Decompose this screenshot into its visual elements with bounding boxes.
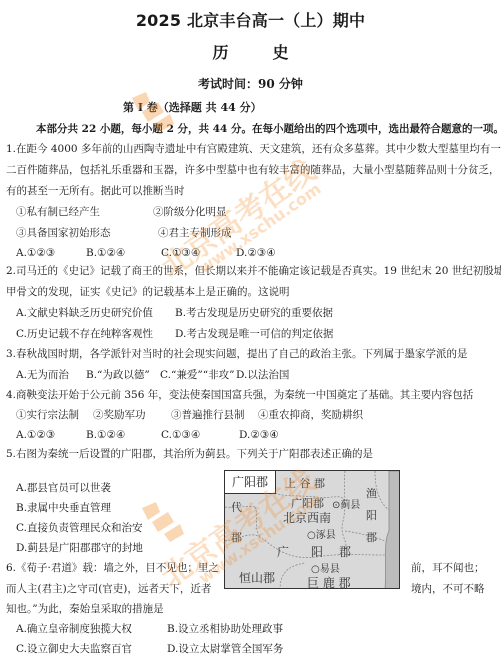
map-label-guangyang: 郡: [339, 543, 351, 560]
q1-stem-line: 1.在距今 4000 多年前的山西陶寺遗址中有宫殿建筑、天文建筑，还有众多墓葬。…: [6, 142, 501, 156]
q1-option-d[interactable]: D.②③④: [236, 246, 276, 260]
map-label-hengshan: 恒山郡: [239, 569, 275, 586]
q1-option-a[interactable]: A.①②③: [16, 246, 55, 260]
subject-char: 历: [212, 40, 228, 63]
q3-option-c[interactable]: C.“兼爱”“非攻”: [160, 368, 234, 382]
map-label-guangyang: 阳: [311, 543, 323, 560]
guangyang-map: 广阳郡 上 谷 郡 渔 阳 郡 代 郡 广阳郡 ⊙蓟县 北京西南 ○涿县 广 阳…: [224, 470, 400, 589]
q4-option-a[interactable]: A.①②③: [16, 428, 55, 442]
q1-statement: ③具备国家初始形态: [16, 226, 111, 240]
q1-option-b[interactable]: B.①②④: [86, 246, 125, 260]
map-label-dai: 郡: [231, 529, 242, 545]
map-label-yuyang: 阳: [366, 507, 377, 523]
q2-option-a[interactable]: A.文献史料缺乏历史研究价值: [16, 306, 153, 320]
q3-option-a[interactable]: A.无为而治: [16, 368, 69, 382]
q5-stem-line: 5.右图为秦统一后设置的广阳郡，其治所为蓟县。下列关于广阳郡表述正确的是: [6, 447, 373, 461]
q4-statement: ①实行宗法制: [16, 408, 79, 422]
map-city-jixian: ⊙蓟县: [332, 496, 360, 511]
exam-page: 2025 北京丰台高一（上）期中 历史 考试时间：90 分钟 第 I 卷（选择题…: [0, 0, 501, 658]
q4-option-c[interactable]: C.①③④: [161, 428, 200, 442]
q4-option-b[interactable]: B.①②④: [86, 428, 125, 442]
q3-option-b[interactable]: B.“为政以德”: [86, 368, 150, 382]
q6-stem-line: 而人主(君主)之守司(官吏)，远者天下，近者: [6, 582, 211, 596]
q1-statement: ①私有制已经产生: [16, 205, 100, 219]
q1-stem-line: 二百件随葬品，包括礼乐重器和玉器，许多中型墓中也有较丰富的随葬品，大量小型墓随葬…: [6, 163, 500, 177]
map-label-julu: 巨 鹿 郡: [307, 574, 351, 589]
watermark-logo-icon: [138, 498, 188, 544]
exam-time: 考试时间：90 分钟: [0, 75, 501, 92]
q1-stem-line: 有的甚至一无所有。据此可以推断当时: [6, 184, 185, 198]
q2-stem-line: 甲骨文的发现，证实《史记》的记载基本上是正确的。这说明: [6, 285, 290, 299]
q5-option-c[interactable]: C.直接负责管理民众和治安: [16, 521, 143, 535]
q1-statement: ②阶级分化明显: [153, 205, 227, 219]
q4-option-d[interactable]: D.②③④: [239, 428, 279, 442]
q5-option-d[interactable]: D.蓟县是广阳郡郡守的封地: [16, 541, 143, 555]
q1-statement: ④君主专制形成: [158, 226, 232, 240]
section-instructions: 本部分共 22 小题，每小题 2 分，共 44 分。在每小题给出的四个选项中，选…: [36, 122, 501, 136]
map-label-yuyang: 渔: [366, 485, 377, 501]
map-city-zhuoxian: ○涿县: [307, 526, 336, 541]
map-label-yuyang: 郡: [366, 529, 377, 545]
q2-option-d[interactable]: D.考古发现是唯一可信的判定依据: [175, 327, 333, 341]
map-title-box: 广阳郡: [225, 471, 276, 494]
map-label-beijing-xinan: 北京西南: [283, 509, 331, 526]
q6-option-d[interactable]: D.设立太尉掌管全国军务: [167, 642, 283, 656]
q6-option-b[interactable]: B.设立丞相协助处理政事: [167, 622, 283, 636]
q5-option-b[interactable]: B.隶属中央垂直管理: [16, 501, 111, 515]
q6-stem-line: 知也。”为此，秦始皇采取的措施是: [6, 602, 164, 616]
exam-title: 2025 北京丰台高一（上）期中: [0, 8, 501, 31]
q4-statement: ③普遍推行县制: [171, 408, 245, 422]
q3-option-d[interactable]: D.以法治国: [236, 368, 289, 382]
subject-title: 历史: [0, 40, 501, 63]
q4-stem-line: 4.商鞅变法开始于公元前 356 年，变法使秦国国富兵强，为秦统一中国奠定了基础…: [6, 388, 473, 402]
q5-option-a[interactable]: A.郡县官员可以世袭: [16, 481, 111, 495]
q6-stem-line: 6.《荀子·君道》载：墙之外，目不见也；里之: [6, 561, 219, 575]
q6-option-a[interactable]: A.确立皇帝制度独揽大权: [16, 622, 132, 636]
q2-option-c[interactable]: C.历史记载不存在纯粹客观性: [16, 327, 153, 341]
subject-char: 史: [273, 40, 289, 63]
q2-stem-line: 2.司马迁的《史记》记载了商王的世系，但长期以来并不能确定该记载是否真实。19 …: [6, 264, 501, 278]
map-label-shanggu: 上 谷 郡: [285, 475, 325, 491]
q4-statement: ④重农抑商，奖励耕织: [258, 408, 363, 422]
q6-option-c[interactable]: C.设立御史大夫监察百官: [16, 642, 132, 656]
map-label-dai: 代: [231, 499, 242, 515]
map-label-guangyang: 广: [277, 543, 289, 560]
q6-stem-line: 境内，不可不略: [411, 582, 485, 596]
watermark-logo-icon: [128, 88, 178, 134]
q3-stem-line: 3.春秋战国时期，各学派针对当时的社会现实问题，提出了自己的政治主张。下列属于墨…: [6, 347, 468, 361]
q2-option-b[interactable]: B.考古发现是历史研究的重要依据: [175, 306, 333, 320]
q6-stem-line: 前，耳不闻也；: [411, 561, 485, 575]
map-city-yixian: ○易县: [311, 560, 340, 575]
q4-statement: ②奖励军功: [93, 408, 146, 422]
q1-option-c[interactable]: C.①③④: [161, 246, 200, 260]
